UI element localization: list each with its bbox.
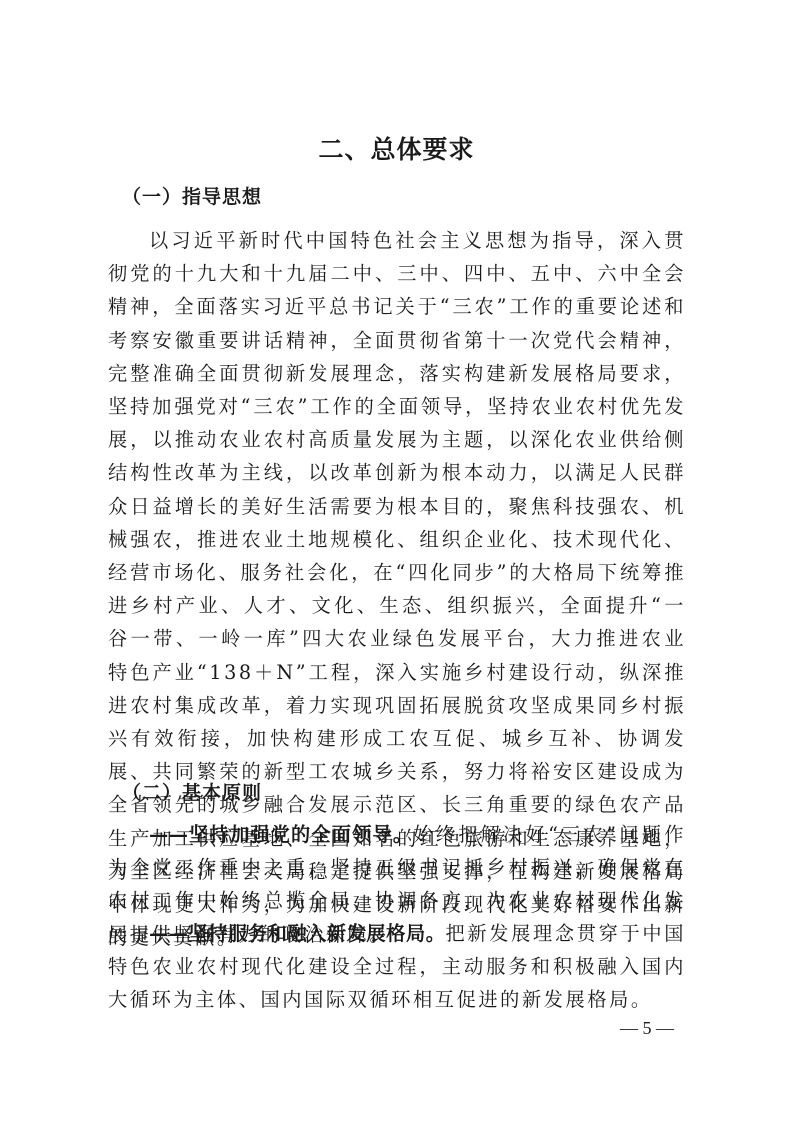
page-number: — 5 — (620, 1018, 674, 1039)
section-title: 二、总体要求 (0, 130, 793, 166)
paragraph-lead: ——坚持服务和融入新发展格局。 (149, 922, 446, 945)
document-page: 二、总体要求 （一）指导思想 以习近平新时代中国特色社会主义思想为指导，深入贯彻… (0, 0, 793, 1122)
subsection-heading-guiding-ideology: （一）指导思想 (122, 182, 262, 209)
subsection-heading-basic-principles: （二）基本原则 (122, 778, 262, 805)
paragraph-principle-new-development-pattern: ——坚持服务和融入新发展格局。把新发展理念贯穿于中国特色农业农村现代化建设全过程… (108, 917, 686, 1017)
paragraph-lead: ——坚持加强党的全面领导。 (149, 823, 413, 846)
